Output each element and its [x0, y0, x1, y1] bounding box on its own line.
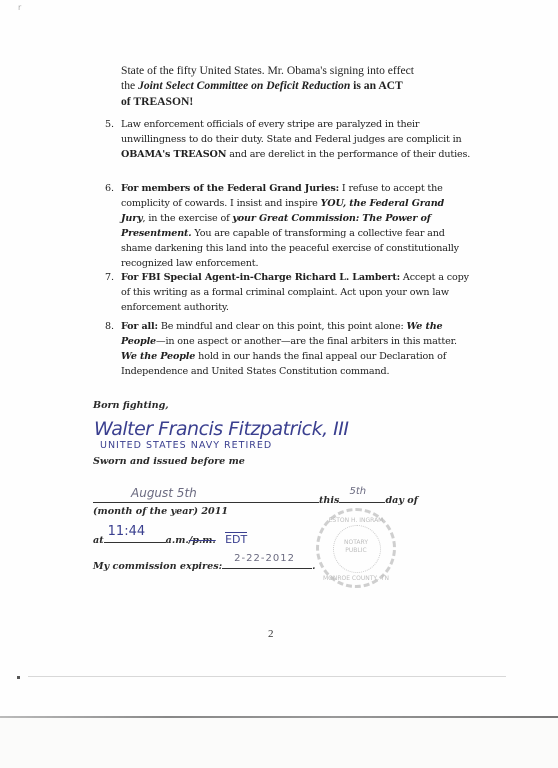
handwritten-title: UNITED STATES NAVY RETIRED: [100, 440, 272, 451]
treason-statement: of TREASON!: [121, 95, 193, 108]
day-of-label: day of: [385, 495, 417, 506]
pm-struck: /p.m.: [189, 535, 216, 546]
item-text: Law enforcement officials of every strip…: [121, 119, 462, 145]
next-page-area: [0, 718, 558, 768]
day-field: 5th: [339, 490, 385, 503]
commission-expires-label: My commission expires:: [93, 561, 222, 572]
month-field: August 5th: [93, 490, 319, 503]
handwritten-expiry: 2-22-2012: [234, 553, 295, 564]
item-number: 8.: [105, 320, 114, 335]
expires-field: 2-22-2012: [222, 556, 312, 569]
time-line: at11:44a.m./p.m. EDT: [93, 530, 247, 546]
item-heading: For members of the Federal Grand Juries:: [121, 183, 339, 194]
item-text: , in the exercise of: [143, 213, 233, 224]
seal-center-text: PUBLIC: [319, 547, 393, 554]
item-heading: For FBI Special Agent-in-Charge Richard …: [121, 272, 400, 283]
intro-text: is an ACT: [350, 79, 403, 92]
item-number: 6.: [105, 182, 114, 197]
item-text: Be mindful and clear on this point, this…: [158, 321, 407, 332]
item-heading: For all:: [121, 321, 158, 332]
scan-mark: [17, 676, 20, 679]
intro-line: the Joint Select Committee on Deficit Re…: [121, 78, 461, 93]
list-item-8: 8. For all: Be mindful and clear on this…: [121, 320, 471, 380]
list-item-5: 5. Law enforcement officials of every st…: [121, 118, 471, 163]
date-line: August 5ththis5thday of: [93, 490, 418, 506]
am-label: a.m.: [166, 535, 189, 546]
period: .: [312, 561, 315, 572]
handwritten-time: 11:44: [108, 524, 145, 539]
at-label: at: [93, 535, 104, 546]
handwritten-month: August 5th: [131, 486, 197, 500]
sworn-statement: Sworn and issued before me: [93, 456, 245, 467]
item-text: —in one aspect or another—are the final …: [156, 336, 457, 347]
footer-rule: [28, 676, 506, 677]
item-number: 5.: [105, 118, 114, 133]
month-year-label: (month of the year) 2011: [93, 506, 228, 517]
seal-bottom-text: MONROE COUNTY, TN: [319, 575, 393, 582]
handwritten-day: 5th: [349, 486, 366, 497]
scan-speck: r: [18, 3, 21, 12]
handwritten-signature: Walter Francis Fitzpatrick, III: [94, 418, 348, 440]
time-field: 11:44: [104, 530, 166, 543]
seal-top-text: ESTON H. INGRAM: [319, 517, 393, 524]
page-number: 2: [268, 628, 274, 640]
list-item-6: 6. For members of the Federal Grand Juri…: [121, 182, 471, 271]
handwritten-timezone: EDT: [225, 532, 247, 546]
committee-name: Joint Select Committee on Deficit Reduct…: [138, 79, 350, 92]
closing-salutation: Born fighting,: [93, 400, 169, 411]
document-page: r State of the fifty United States. Mr. …: [0, 0, 558, 716]
list-item-7: 7. For FBI Special Agent-in-Charge Richa…: [121, 271, 471, 316]
seal-center-text: NOTARY: [319, 539, 393, 546]
item-emphasis: We the People: [121, 351, 195, 362]
intro-line: State of the fifty United States. Mr. Ob…: [121, 63, 461, 78]
intro-text: the: [121, 79, 138, 92]
item-text: and are derelict in the performance of t…: [226, 149, 470, 160]
intro-paragraph: State of the fifty United States. Mr. Ob…: [121, 63, 461, 109]
notary-seal: ESTON H. INGRAM NOTARY PUBLIC MONROE COU…: [316, 508, 396, 588]
this-label: this: [319, 495, 339, 506]
item-emphasis: OBAMA's TREASON: [121, 149, 226, 160]
commission-line: My commission expires:2-22-2012.: [93, 556, 316, 572]
item-number: 7.: [105, 271, 114, 286]
